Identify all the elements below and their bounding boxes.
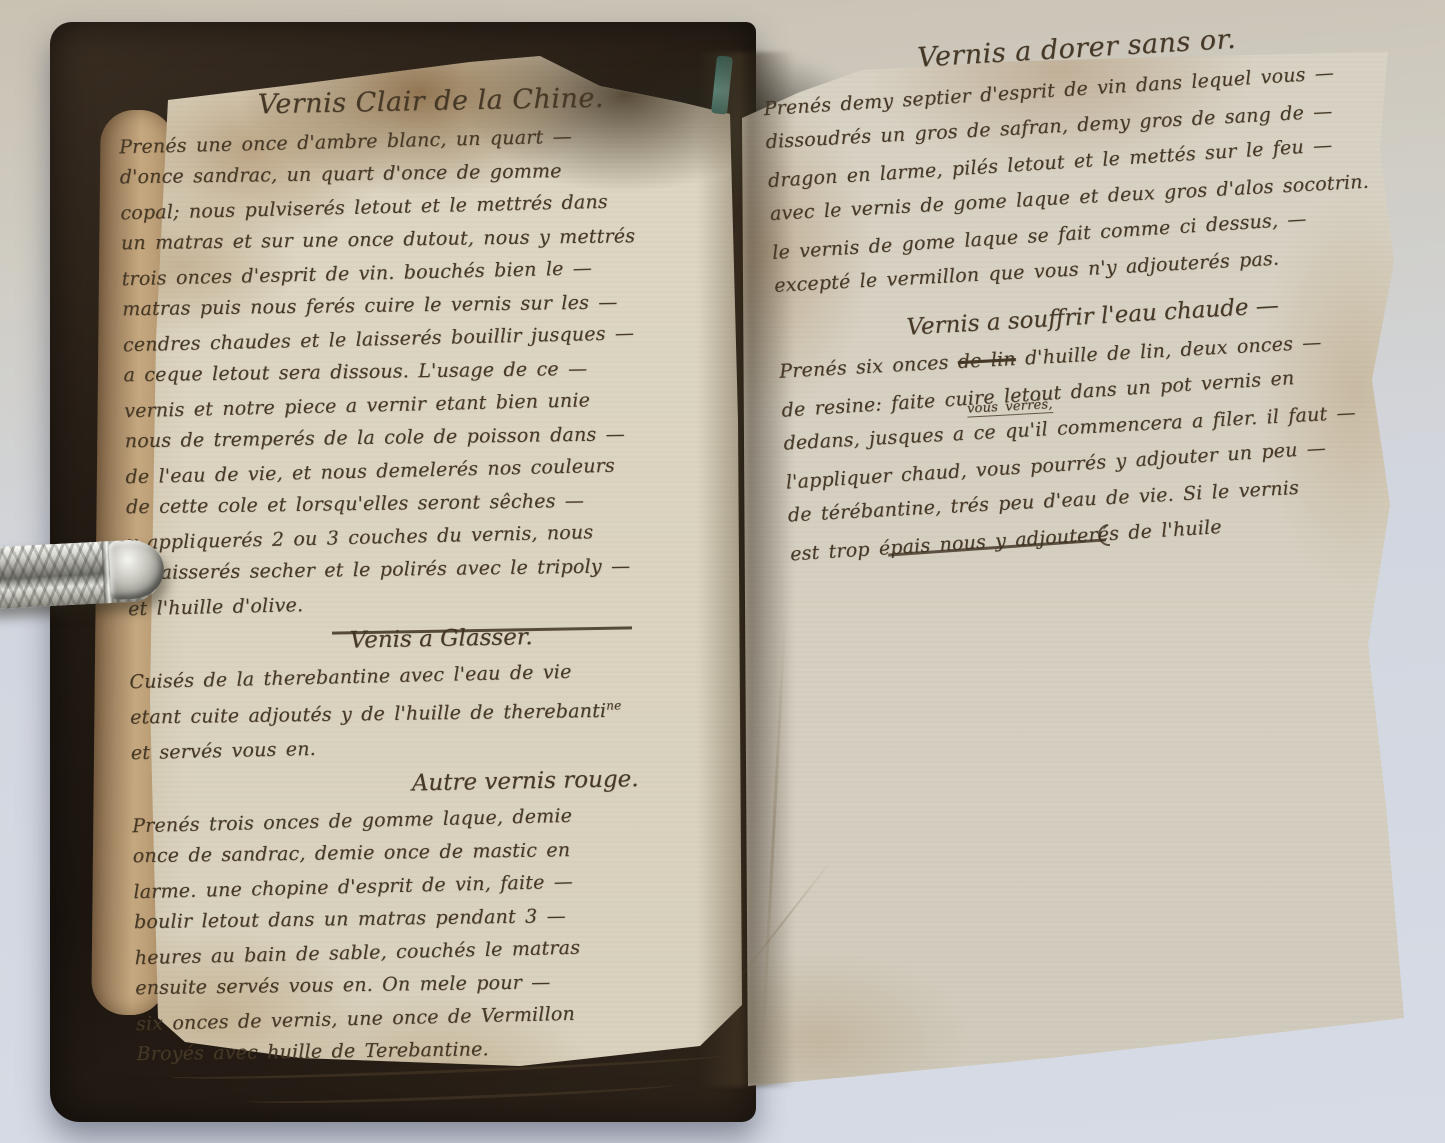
struck-text: de lin — [957, 348, 1016, 373]
right-page-text: Vernis a dorer sans or. Prenés demy sept… — [760, 9, 1422, 572]
left-page-text: Vernis Clair de la Chine. Prenés une onc… — [118, 74, 762, 1073]
silver-clasp — [0, 538, 164, 609]
interlinear-insertion: vous verrés, — [967, 398, 1053, 418]
manuscript-photo: Vernis Clair de la Chine. Prenés une onc… — [0, 0, 1445, 1143]
superscript-ne: ne — [606, 698, 621, 712]
